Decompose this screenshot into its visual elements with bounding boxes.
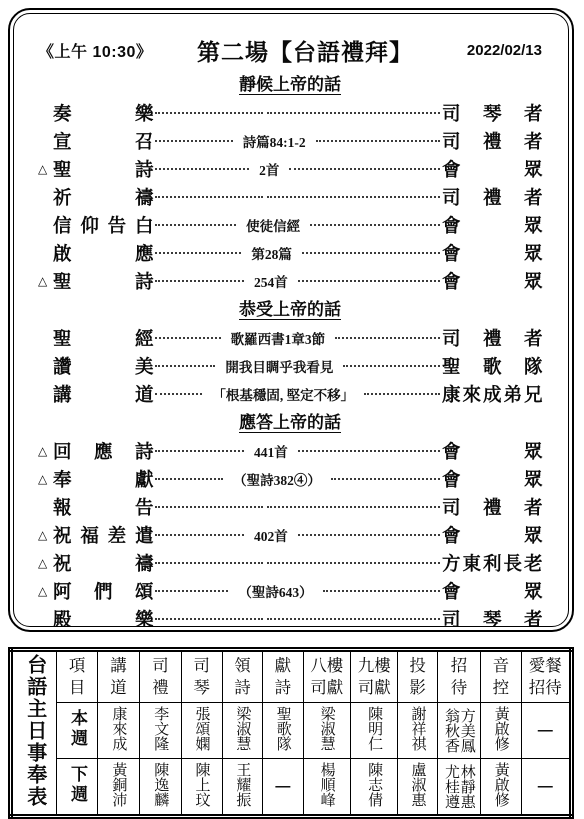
section-heading-text: 恭受上帝的話 xyxy=(239,300,341,319)
leader-line xyxy=(155,478,223,480)
roster-col-header: 八樓司獻 xyxy=(303,650,350,703)
program-item: 讚美 開我目睭乎我看見 聖歌隊 xyxy=(38,352,542,380)
leader-line xyxy=(155,365,215,367)
item-label: 聖經 xyxy=(53,325,153,351)
leader-line xyxy=(155,168,249,170)
leader-line xyxy=(155,252,241,254)
program-item: 宣召 詩篇84:1-2 司禮者 xyxy=(38,127,542,155)
item-prefix: △ xyxy=(38,556,53,570)
item-who: 會眾 xyxy=(442,438,542,464)
program-item: 講道 「根基穩固, 堅定不移」 康來成弟兄 xyxy=(38,380,542,408)
roster-cell: 王耀振 xyxy=(222,759,262,817)
item-prefix: △ xyxy=(38,162,53,176)
roster-cell: 楊順峰 xyxy=(303,759,350,817)
program-item: △ 聖詩 254首 會眾 xyxy=(38,267,542,295)
item-who: 會眾 xyxy=(442,522,542,548)
leader-line xyxy=(155,618,263,620)
roster-cell: 張頌嫻 xyxy=(181,703,222,759)
roster-cell: 李文隆 xyxy=(140,703,181,759)
roster-cell: 方美鳳 翁秋香 xyxy=(437,703,480,759)
roster-col-header: 音控 xyxy=(481,650,521,703)
item-note: 441首 xyxy=(246,441,296,461)
roster-row-label: 下週 xyxy=(57,759,97,817)
leader-line xyxy=(155,196,263,198)
program-item: 信仰告白 使徒信經 會眾 xyxy=(38,211,542,239)
leader-line xyxy=(155,506,263,508)
leader-line xyxy=(155,534,244,536)
roster-cell: 林靜惠 尤桂遵 xyxy=(437,759,480,817)
roster-cell: 陳志倩 xyxy=(351,759,398,817)
roster-col-header: 項目 xyxy=(57,650,97,703)
program-item: 祈禱 司禮者 xyxy=(38,183,542,211)
service-date: 2022/02/13 xyxy=(432,42,542,59)
item-who: 司琴者 xyxy=(442,100,542,126)
roster-cell: 盧淑惠 xyxy=(398,759,437,817)
roster-cell: 陳上玟 xyxy=(181,759,222,817)
item-label: 殿樂 xyxy=(53,606,153,627)
item-label: 讚美 xyxy=(53,353,153,379)
item-prefix: △ xyxy=(38,584,53,598)
program-item: △ 奉獻 （聖詩382④） 會眾 xyxy=(38,465,542,493)
leader-line xyxy=(316,140,440,142)
roster-col-header: 司禮 xyxy=(140,650,181,703)
item-label: 祈禱 xyxy=(53,184,153,210)
doc-header: 《上午 10:30》 第二場【台語禮拜】 2022/02/13 xyxy=(38,30,542,70)
item-note: 開我目睭乎我看見 xyxy=(217,356,341,376)
item-label: 報告 xyxy=(53,494,153,520)
leader-line xyxy=(155,562,263,564)
item-note: 254首 xyxy=(246,271,296,291)
leader-line xyxy=(267,506,440,508)
roster-cell: 康來成 xyxy=(97,703,139,759)
leader-line xyxy=(298,280,440,282)
roster-cell: 黃啟修 xyxy=(481,759,521,817)
duty-roster: 台語主日事奉表 項目 講道 司禮 司琴 領詩 獻詩 八樓司獻 九樓司獻 投影 招… xyxy=(8,647,574,819)
item-label: 奏樂 xyxy=(53,100,153,126)
program-item: △ 阿們頌 （聖詩643） 會眾 xyxy=(38,577,542,605)
item-who: 會眾 xyxy=(442,268,542,294)
program-item: 殿樂 司琴者 xyxy=(38,605,542,627)
leader-line xyxy=(155,590,228,592)
leader-line xyxy=(267,562,440,564)
item-prefix: △ xyxy=(38,472,53,486)
program-item: 啟應 第28篇 會眾 xyxy=(38,239,542,267)
roster-cell: 黃銅沛 xyxy=(97,759,139,817)
item-note: 第28篇 xyxy=(243,243,300,263)
program-item: △ 回應詩 441首 會眾 xyxy=(38,437,542,465)
item-prefix: △ xyxy=(38,444,53,458)
item-label: 回應詩 xyxy=(53,438,153,464)
leader-line xyxy=(298,450,440,452)
item-label: 聖詩 xyxy=(53,156,153,182)
section-heading-text: 靜候上帝的話 xyxy=(239,75,341,94)
program-item: 奏樂 司琴者 xyxy=(38,99,542,127)
leader-line xyxy=(323,590,440,592)
leader-line xyxy=(364,393,440,395)
item-note: （聖詩382④） xyxy=(225,469,329,489)
item-note: 詩篇84:1-2 xyxy=(235,131,314,151)
bulletin-page: 《上午 10:30》 第二場【台語禮拜】 2022/02/13 靜候上帝的話 奏… xyxy=(0,0,584,819)
item-who: 司琴者 xyxy=(442,606,542,627)
section-heading: 應答上帝的話 xyxy=(38,408,542,437)
leader-line xyxy=(289,168,440,170)
leader-line xyxy=(310,224,440,226)
item-note: 402首 xyxy=(246,525,296,545)
worship-frame-inner: 《上午 10:30》 第二場【台語禮拜】 2022/02/13 靜候上帝的話 奏… xyxy=(13,13,569,627)
item-note: 「根基穩固, 堅定不移」 xyxy=(204,384,362,404)
leader-line xyxy=(155,450,244,452)
service-time: 《上午 10:30》 xyxy=(38,39,178,62)
roster-row-thisweek: 本週 康來成 李文隆 張頌嫻 梁淑慧 聖歌隊 梁淑慧 陳明仁 謝祥祺 方美鳳 翁… xyxy=(11,703,572,759)
leader-line xyxy=(302,252,440,254)
item-prefix: △ xyxy=(38,274,53,288)
program-item: 聖經 歌羅西書1章3節 司禮者 xyxy=(38,324,542,352)
roster-cell: 陳明仁 xyxy=(351,703,398,759)
leader-line xyxy=(267,196,440,198)
page-title: 第二場【台語禮拜】 xyxy=(178,34,432,67)
section-heading: 靜候上帝的話 xyxy=(38,70,542,99)
program-item: 報告 司禮者 xyxy=(38,493,542,521)
roster-col-header: 投影 xyxy=(398,650,437,703)
roster-col-header: 愛餐招待 xyxy=(521,650,572,703)
leader-line xyxy=(331,478,440,480)
roster-title: 台語主日事奉表 xyxy=(25,654,45,808)
roster-cell: 黃啟修 xyxy=(481,703,521,759)
leader-line xyxy=(343,365,440,367)
item-who: 方東利長老 xyxy=(442,550,542,576)
leader-line xyxy=(155,224,236,226)
leader-line xyxy=(267,618,440,620)
item-who: 會眾 xyxy=(442,240,542,266)
item-who: 會眾 xyxy=(442,156,542,182)
item-note: 歌羅西書1章3節 xyxy=(223,328,334,348)
item-label: 阿們頌 xyxy=(53,578,153,604)
leader-line xyxy=(155,393,202,395)
roster-cell: 陳逸麟 xyxy=(140,759,181,817)
item-label: 祝禱 xyxy=(53,550,153,576)
roster-table: 台語主日事奉表 項目 講道 司禮 司琴 領詩 獻詩 八樓司獻 九樓司獻 投影 招… xyxy=(8,647,574,819)
item-who: 聖歌隊 xyxy=(442,353,542,379)
leader-line xyxy=(155,140,233,142)
program-item: △ 聖詩 2首 會眾 xyxy=(38,155,542,183)
leader-line xyxy=(267,112,440,114)
roster-cell: — xyxy=(263,759,303,817)
leader-line xyxy=(155,112,263,114)
leader-line xyxy=(298,534,440,536)
item-who: 司禮者 xyxy=(442,325,542,351)
item-prefix: △ xyxy=(38,528,53,542)
section-heading: 恭受上帝的話 xyxy=(38,295,542,324)
item-label: 講道 xyxy=(53,381,153,407)
worship-frame: 《上午 10:30》 第二場【台語禮拜】 2022/02/13 靜候上帝的話 奏… xyxy=(8,8,574,632)
roster-cell: 謝祥祺 xyxy=(398,703,437,759)
program-item: △ 祝福差遣 402首 會眾 xyxy=(38,521,542,549)
leader-line xyxy=(155,280,244,282)
item-who: 司禮者 xyxy=(442,494,542,520)
item-who: 司禮者 xyxy=(442,128,542,154)
roster-cell: — xyxy=(521,703,572,759)
item-label: 信仰告白 xyxy=(53,212,153,238)
roster-cell: 梁淑慧 xyxy=(303,703,350,759)
roster-row-nextweek: 下週 黃銅沛 陳逸麟 陳上玟 王耀振 — 楊順峰 陳志倩 盧淑惠 林靜惠 尤桂遵… xyxy=(11,759,572,817)
program-item: △ 祝禱 方東利長老 xyxy=(38,549,542,577)
item-label: 奉獻 xyxy=(53,466,153,492)
item-who: 司禮者 xyxy=(442,184,542,210)
roster-title-cell: 台語主日事奉表 xyxy=(11,650,57,817)
item-who: 會眾 xyxy=(442,466,542,492)
leader-line xyxy=(335,337,440,339)
item-label: 祝福差遣 xyxy=(53,522,153,548)
roster-col-header: 獻詩 xyxy=(263,650,303,703)
item-label: 宣召 xyxy=(53,128,153,154)
roster-col-header: 領詩 xyxy=(222,650,262,703)
roster-row-label: 本週 xyxy=(57,703,97,759)
roster-cell: 聖歌隊 xyxy=(263,703,303,759)
roster-col-header: 招待 xyxy=(437,650,480,703)
item-note: （聖詩643） xyxy=(230,581,320,601)
leader-line xyxy=(155,337,221,339)
item-label: 聖詩 xyxy=(53,268,153,294)
item-who: 會眾 xyxy=(442,212,542,238)
item-who: 康來成弟兄 xyxy=(442,381,542,407)
item-note: 2首 xyxy=(251,159,287,179)
roster-col-header: 講道 xyxy=(97,650,139,703)
roster-cell: — xyxy=(521,759,572,817)
item-note: 使徒信經 xyxy=(238,215,308,235)
roster-col-header: 司琴 xyxy=(181,650,222,703)
section-heading-text: 應答上帝的話 xyxy=(239,413,341,432)
roster-cell: 梁淑慧 xyxy=(222,703,262,759)
item-label: 啟應 xyxy=(53,240,153,266)
roster-col-header: 九樓司獻 xyxy=(351,650,398,703)
item-who: 會眾 xyxy=(442,578,542,604)
